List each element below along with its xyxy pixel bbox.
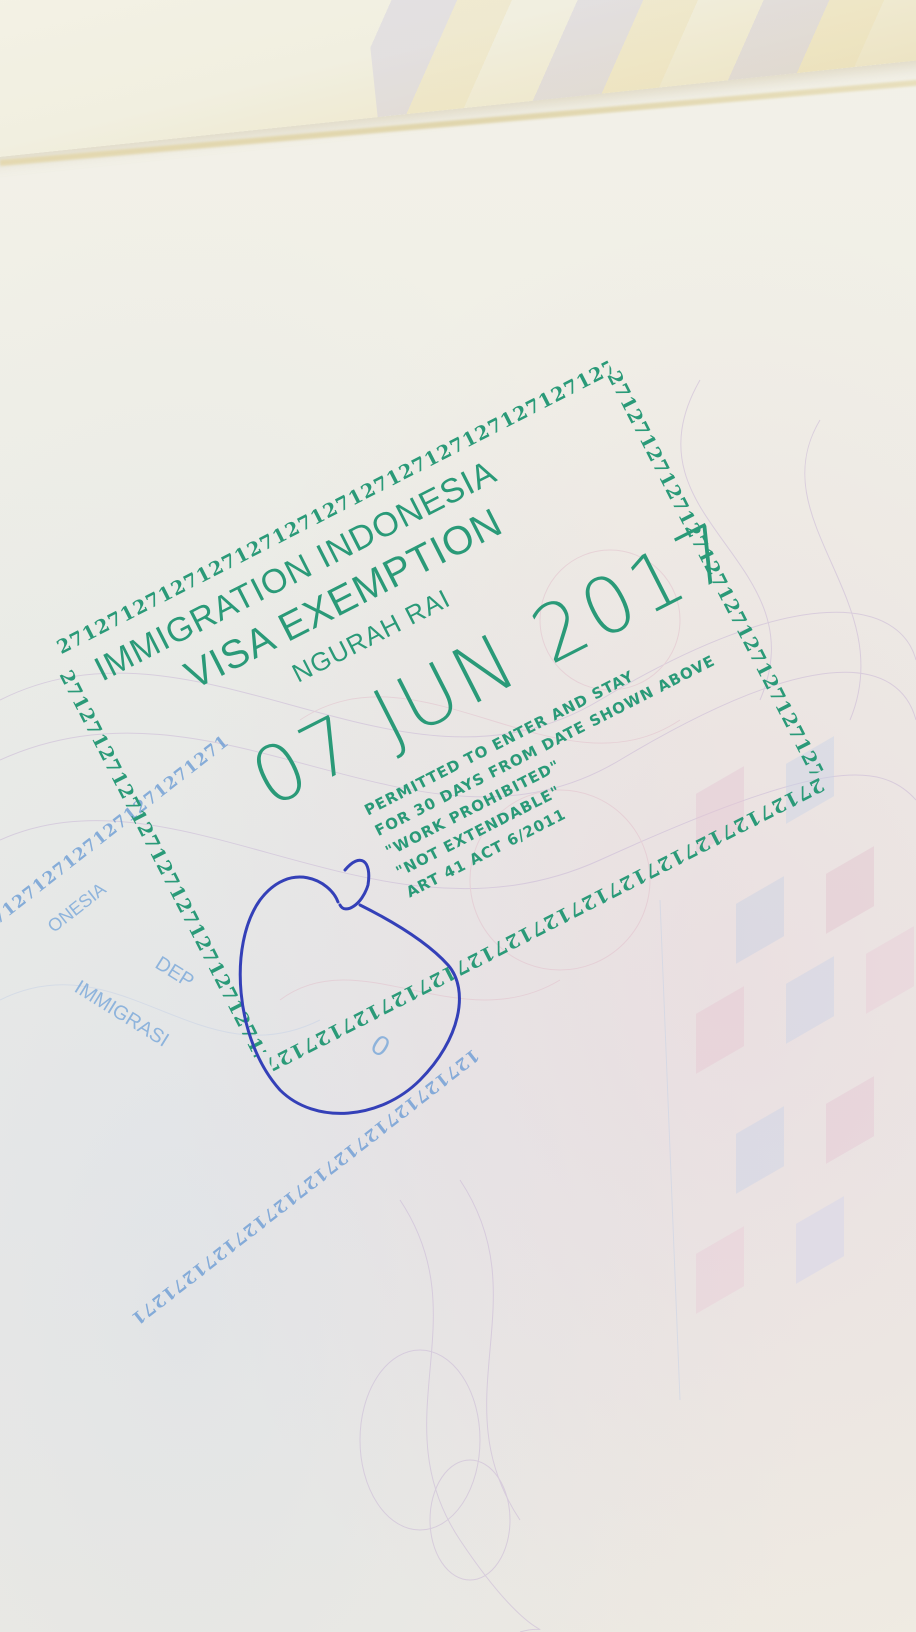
old-stamp-fragment: ONESIA bbox=[44, 879, 111, 937]
old-stamp-fragment: IMMIGRASI bbox=[70, 976, 173, 1052]
passport-page: 1271271271271271271271271271271271 12712… bbox=[0, 0, 916, 1632]
old-stamp-fragment: DEP bbox=[151, 952, 198, 993]
old-stamp-fragment: 0 bbox=[365, 1028, 395, 1063]
